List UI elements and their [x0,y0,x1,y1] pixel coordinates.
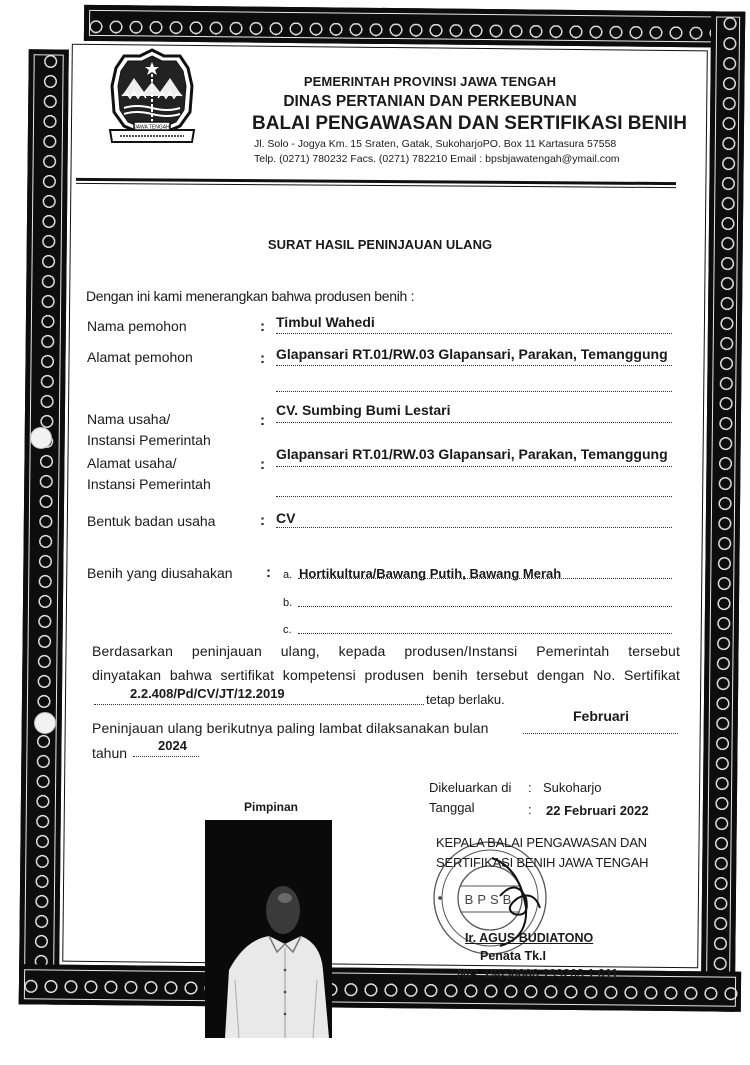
punch-hole [34,712,56,734]
svg-text:JAWA TENGAH: JAWA TENGAH [134,125,170,131]
seed-item-letter-b: b. [283,597,292,609]
seed-item-letter-a: a. [283,569,292,581]
next-review-year-label: tahun [92,745,127,761]
issue-date-value: 22 Februari 2022 [546,803,649,818]
certificate-dotted-line [94,704,424,705]
issued-at-label: Dikeluarkan di [429,780,511,795]
seeds-label: Benih yang diusahakan [87,563,233,584]
person-silhouette-icon [205,820,332,1038]
business-address-dotted-line [276,466,672,467]
seeds-colon: : [266,564,271,581]
business-name-colon: : [260,412,265,429]
still-valid-text: tetap berlaku. [426,692,505,707]
next-review-month-dotted-line [523,733,678,734]
next-review-text: Peninjauan ulang berikutnya paling lamba… [92,720,522,736]
signatory-nip: NIP. 19650806 199203 1 011 [457,967,618,981]
seed-item-dotted-line-b [298,606,672,607]
business-address-label: Alamat usaha/ [87,453,177,474]
next-review-month: Februari [573,708,629,724]
statement-line-2: dinyatakan bahwa sertifikat kompetensi p… [92,667,680,683]
jawa-tengah-coat-of-arms-icon: JAWA TENGAH [106,46,198,154]
applicant-name-label: Nama pemohon [87,316,187,337]
applicant-address-dotted-line-2 [276,391,672,392]
issue-date-colon: : [528,802,532,817]
applicant-name-dotted-line [276,333,672,334]
statement-line-1: Berdasarkan peninjauan ulang, kepada pro… [92,643,680,659]
applicant-address-dotted-line [276,365,672,366]
business-form-dotted-line [276,527,672,528]
business-form-value: CV [276,510,295,526]
next-review-year-dotted-line [133,756,199,757]
seed-item-dotted-line-c [298,633,672,634]
business-address-colon: : [260,456,265,473]
business-address-dotted-line-2 [276,496,672,497]
department-name: DINAS PERTANIAN DAN PERKEBUNAN [200,93,660,111]
business-form-colon: : [260,512,265,529]
signatory-rank: Penata Tk.I [480,949,546,963]
business-address-value: Glapansari RT.01/RW.03 Glapansari, Parak… [276,446,668,462]
photo-label: Pimpinan [244,800,298,814]
applicant-address-value: Glapansari RT.01/RW.03 Glapansari, Parak… [276,346,668,362]
business-name-label: Nama usaha/ [87,409,170,430]
institution-name: BALAI PENGAWASAN DAN SERTIFIKASI BENIH [200,113,660,135]
signatory-title-line-2: SERTIFIKASI BENIH JAWA TENGAH [436,853,648,873]
institution-address: Jl. Solo - Jogya Km. 15 Sraten, Gatak, S… [200,138,660,150]
next-review-year: 2024 [158,738,187,753]
business-name-dotted-line [276,422,672,423]
intro-text: Dengan ini kami menerangkan bahwa produs… [86,288,414,304]
border-bottom-band [19,964,741,1012]
signatory-title: KEPALA BALAI PENGAWASAN DAN SERTIFIKASI … [436,833,648,873]
institution-contact: Telp. (0271) 780232 Facs. (0271) 782210 … [200,153,660,165]
letterhead: PEMERINTAH PROVINSI JAWA TENGAH DINAS PE… [200,74,660,165]
document-title: SURAT HASIL PENINJAUAN ULANG [80,237,680,252]
punch-hole [30,427,52,449]
border-left-band [19,49,69,1004]
applicant-name-value: Timbul Wahedi [276,314,375,330]
seed-item-dotted-line-a [298,578,672,579]
seed-item-letter-c: c. [283,624,292,636]
svg-text:BPSB: BPSB [465,892,516,907]
business-name-label-2: Instansi Pemerintah [87,430,211,451]
issue-date-label: Tanggal [429,800,475,815]
leader-photo [205,820,332,1038]
signatory-title-line-1: KEPALA BALAI PENGAWASAN DAN [436,833,648,853]
applicant-address-label: Alamat pemohon [87,347,193,368]
applicant-address-colon: : [260,350,265,367]
business-address-label-2: Instansi Pemerintah [87,474,211,495]
applicant-name-colon: : [260,318,265,335]
issued-at-value: Sukoharjo [543,780,602,795]
border-top-band [84,5,745,48]
certificate-number: 2.2.408/Pd/CV/JT/12.2019 [130,686,285,701]
border-right-band [701,11,745,1011]
business-form-label: Bentuk badan usaha [87,511,215,532]
business-name-value: CV. Sumbing Bumi Lestari [276,402,451,418]
government-name: PEMERINTAH PROVINSI JAWA TENGAH [200,74,660,89]
issued-at-colon: : [528,780,532,795]
signatory-name: Ir. AGUS BUDIATONO [465,931,593,945]
